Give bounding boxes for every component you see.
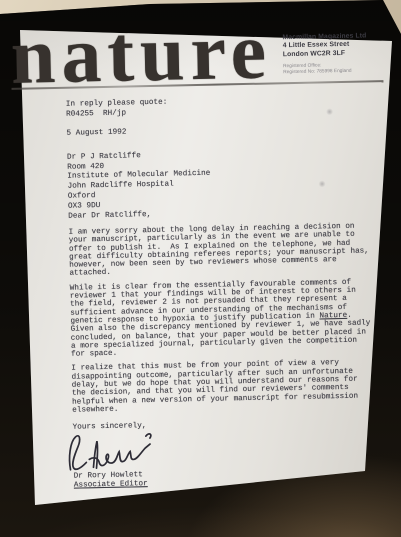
registered-details: Registered Office:Registered No: 785998 … xyxy=(283,63,352,76)
signature-scrawl xyxy=(63,428,164,474)
salutation: Dear Dr Ratcliffe, xyxy=(68,211,151,221)
letter-photo: nature Macmillan Magazines Ltd4 Little E… xyxy=(0,0,401,537)
reference-code: R04255 RH/jp xyxy=(66,108,168,120)
text-line: Registered No: 785998 England xyxy=(283,69,351,76)
signatory-block: Dr Rory HowlettAssociate Editor xyxy=(74,471,148,490)
paragraph-1: I am very sorry about the long delay in … xyxy=(68,222,391,279)
reference-block: In reply please quote: R04255 RH/jp xyxy=(66,99,168,120)
text-line: London WC2R 3LF xyxy=(283,49,367,59)
recipient-address: Dr P J RatcliffeRoom 420Institute of Mol… xyxy=(67,151,211,212)
text-line: Associate Editor xyxy=(74,480,148,490)
paragraph-3: I realize that this must be from your po… xyxy=(71,358,394,415)
photocopy-smudge xyxy=(319,180,326,187)
letter-date: 5 August 1992 xyxy=(66,129,126,139)
photocopy-smudge xyxy=(326,108,333,115)
paragraph-2: While it is clear from the essentially f… xyxy=(70,278,393,359)
letter-content: nature Macmillan Magazines Ltd4 Little E… xyxy=(0,0,401,537)
letter-body: I am very sorry about the long delay in … xyxy=(68,222,394,421)
publisher-address: Macmillan Magazines Ltd4 Little Essex St… xyxy=(282,32,366,59)
